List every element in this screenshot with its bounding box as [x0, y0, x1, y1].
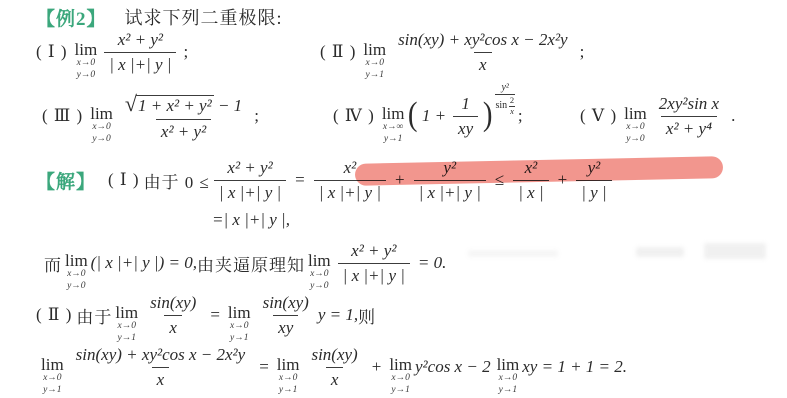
- lim-sub-x: x→0: [365, 58, 383, 69]
- denominator: | x |+| y |: [104, 52, 176, 75]
- final-result: xy = 1 + 1 = 2.: [522, 357, 627, 377]
- solution-1-label: ( Ⅰ ): [108, 170, 140, 190]
- punctuation: ;: [518, 106, 523, 126]
- fraction-5: y² | y |: [576, 157, 611, 203]
- inner-fraction: 1 xy: [453, 93, 478, 139]
- conj-er: 而: [44, 251, 62, 276]
- punctuation: ;: [580, 42, 585, 62]
- solution-line-1: 【解】 ( Ⅰ ) 由于 0 ≤ x² + y² | x |+| y | = x…: [36, 150, 616, 210]
- plus-sign: +: [558, 170, 568, 190]
- solution-line-5: lim x→0 y→1 sin(xy) + xy²cos x − 2x²y x …: [38, 337, 627, 397]
- plus-sign: +: [372, 357, 382, 377]
- equals-sign: =: [259, 357, 269, 377]
- solution-2-label: ( Ⅱ ): [36, 305, 72, 325]
- lim-sub-x: x→0: [77, 58, 95, 69]
- fraction-1: x² + y² | x |+| y |: [214, 157, 286, 203]
- lim-word: lim: [624, 105, 647, 122]
- leq-sign: ≤: [495, 170, 504, 190]
- punctuation: .: [731, 106, 735, 126]
- solution-line-4: ( Ⅱ ) 由于 lim x→0 y→1 sin(xy) x = lim x→0…: [36, 285, 376, 345]
- equality-result: =| x |+| y |,: [212, 210, 290, 230]
- lim-sub-y: y→0: [92, 134, 110, 145]
- fraction-4: x² | x |: [513, 157, 548, 203]
- limit-operator: lim x→0 y→1: [277, 356, 300, 396]
- numerator: x² + y²: [113, 29, 168, 51]
- lim-sub-x: x→0: [626, 122, 644, 133]
- fraction-1: sin(xy) x: [145, 292, 201, 338]
- lim-sub-x: x→∞: [383, 122, 404, 133]
- fraction-2: sin(xy) xy: [258, 292, 314, 338]
- page-bleed-artifact: [468, 250, 558, 257]
- problem-2-label: ( Ⅱ ): [320, 42, 356, 62]
- problem-4: ( Ⅳ ) lim x→∞ y→1 ( 1 + 1 xy ) y² sin 2 …: [333, 86, 523, 146]
- numerator: sin(xy) + xy²cos x − 2x²y: [393, 29, 573, 51]
- limit-operator: lim x→0 y→1: [389, 356, 412, 396]
- equals-sign: =: [210, 305, 220, 325]
- sin-function: sin: [495, 100, 507, 112]
- solution-tag: 【解】: [36, 167, 96, 194]
- fraction-2: x² | x |+| y |: [314, 157, 386, 203]
- lim-sub-x: x→0: [92, 122, 110, 133]
- denominator: x² + y²: [156, 119, 211, 142]
- fraction: x² + y² | x |+| y |: [104, 29, 176, 75]
- problem-3-label: ( Ⅲ ): [42, 106, 83, 126]
- lim-sub-y: y→0: [626, 134, 644, 145]
- plus-sign: +: [395, 170, 405, 190]
- because-text: 由于: [76, 303, 112, 328]
- punctuation: ;: [183, 42, 188, 62]
- limit-operator: lim x→0 y→1: [497, 356, 520, 396]
- close-paren: ): [483, 101, 493, 128]
- open-paren: (: [408, 101, 418, 128]
- squeeze-theorem-text: 由夹逼原理知: [197, 251, 305, 276]
- denominator: x: [474, 52, 492, 75]
- problem-4-label: ( Ⅳ ): [333, 106, 375, 126]
- lim-word: lim: [382, 105, 405, 122]
- limit-operator: lim x→0 y→1: [363, 41, 386, 81]
- lim-sub-y: y→1: [365, 70, 383, 81]
- problem-1: ( Ⅰ ) lim x→0 y→0 x² + y² | x |+| y | ;: [36, 22, 188, 82]
- textbook-page: 【例2】 试求下列二重极限: ( Ⅰ ) lim x→0 y→0 x² + y²…: [0, 0, 787, 398]
- fraction-3: y² | x |+| y |: [414, 157, 486, 203]
- exponent-fraction: y² sin 2 x: [495, 82, 514, 116]
- fraction: sin(xy) + xy²cos x − 2x²y x: [393, 29, 573, 75]
- then-text: 则: [358, 303, 376, 328]
- problem-3: ( Ⅲ ) lim x→0 y→0 √1 + x² + y² − 1 x² + …: [42, 86, 259, 146]
- fraction-1: sin(xy) + xy²cos x − 2x²y x: [71, 344, 251, 390]
- fraction: 2xy²sin x x² + y⁴: [654, 93, 724, 139]
- solution-line-3: 而 lim x→0 y→0 (| x |+| y |) = 0, 由夹逼原理知 …: [44, 233, 446, 293]
- tail-math: y = 1,: [318, 305, 358, 325]
- lim-sub-y: y→0: [77, 70, 95, 81]
- mid-expression: y²cos x − 2: [415, 357, 491, 377]
- problem-1-label: ( Ⅰ ): [36, 42, 68, 62]
- limit-operator: lim x→0 y→1: [41, 356, 64, 396]
- page-bleed-artifact: [636, 247, 684, 257]
- lim-word: lim: [90, 105, 113, 122]
- denominator: xy: [453, 116, 478, 139]
- paren-body: 1 +: [422, 106, 446, 126]
- numerator: √1 + x² + y² − 1: [120, 90, 247, 119]
- problem-5: ( Ⅴ ) lim x→0 y→0 2xy²sin x x² + y⁴ .: [580, 86, 735, 146]
- radicand: 1 + x² + y²: [136, 95, 214, 115]
- lim-word: lim: [363, 41, 386, 58]
- exponent-numerator: y²: [499, 82, 510, 94]
- limit-operator: lim x→0 y→0: [624, 105, 647, 145]
- equals-sign: =: [295, 170, 305, 190]
- solution-1-prefix: 由于 0 ≤: [144, 168, 210, 193]
- lim-sub-y: y→1: [384, 134, 402, 145]
- exponent-denominator: sin 2 x: [495, 94, 514, 116]
- problem-5-label: ( Ⅴ ): [580, 106, 617, 126]
- numerator-tail: − 1: [214, 96, 242, 115]
- tiny-fraction: 2 x: [509, 96, 515, 116]
- problem-2: ( Ⅱ ) lim x→0 y→1 sin(xy) + xy²cos x − 2…: [320, 22, 584, 82]
- fraction-2: sin(xy) x: [306, 344, 362, 390]
- numerator: 1: [456, 93, 475, 115]
- page-bleed-artifact: [704, 243, 766, 259]
- limit-operator: lim x→∞ y→1: [382, 105, 405, 145]
- mid-expression: (| x |+| y |) = 0,: [91, 253, 197, 273]
- punctuation: ;: [254, 106, 259, 126]
- limit-operator: lim x→0 y→0: [75, 41, 98, 81]
- fraction: x² + y² | x |+| y |: [338, 240, 410, 286]
- fraction: √1 + x² + y² − 1 x² + y²: [120, 90, 247, 142]
- limit-operator: lim x→0 y→0: [90, 105, 113, 145]
- lim-word: lim: [75, 41, 98, 58]
- numerator: 2xy²sin x: [654, 93, 724, 115]
- result-zero: = 0.: [418, 253, 446, 273]
- denominator: x² + y⁴: [661, 116, 717, 139]
- solution-line-2: =| x |+| y |,: [212, 207, 290, 233]
